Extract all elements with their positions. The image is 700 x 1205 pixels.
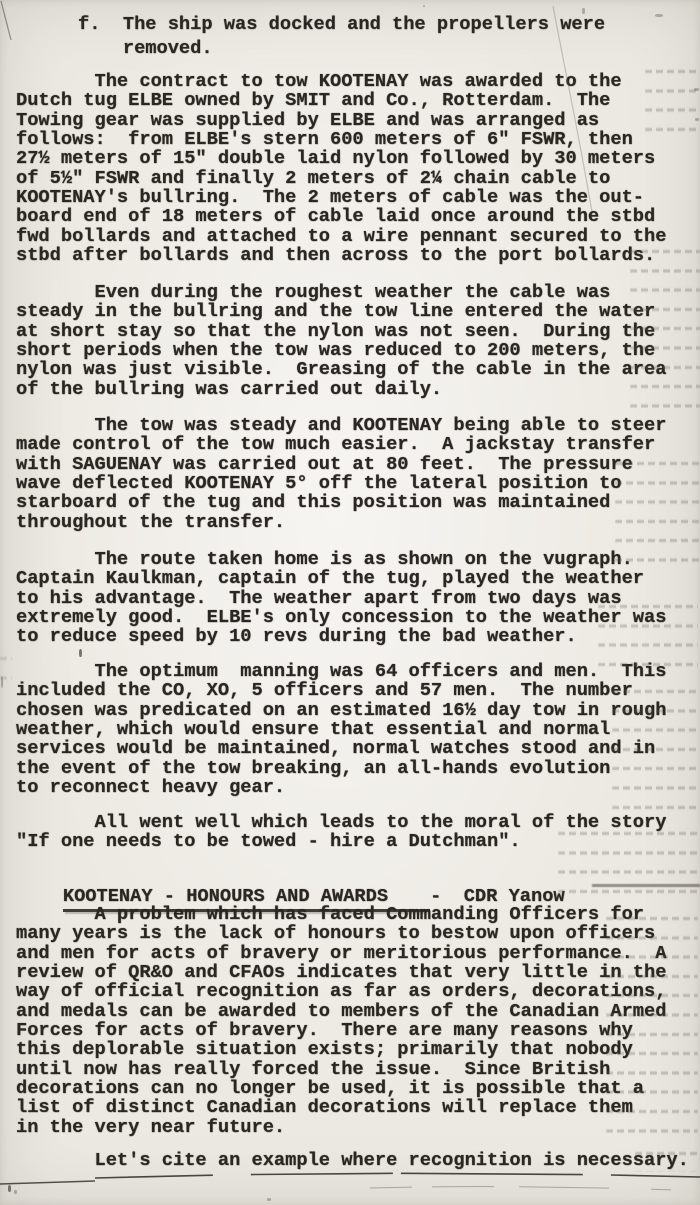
fold-crease-line — [370, 1187, 700, 1191]
bleed-through-artifact — [606, 905, 698, 1140]
scan-speck — [8, 1185, 11, 1192]
paragraph-optimum-manning: The optimum manning was 64 officers and … — [16, 662, 666, 797]
bleed-through-artifact — [558, 820, 698, 903]
bleed-through-artifact — [612, 678, 700, 818]
bleed-through-artifact — [630, 238, 700, 408]
paragraph-rough-weather: Even during the roughest weather the cab… — [16, 283, 666, 399]
bleed-through-artifact — [635, 1140, 698, 1172]
bleed-through-artifact — [645, 58, 700, 138]
bleed-through-artifact — [615, 450, 700, 565]
scan-speck — [267, 1198, 271, 1201]
scan-speck — [655, 14, 663, 17]
scan-speck — [423, 5, 425, 7]
bleed-through-artifact — [598, 593, 698, 668]
scan-speck — [79, 649, 82, 657]
scan-speck — [695, 118, 699, 121]
paragraph-tow-contract: The contract to tow KOOTENAY was awarded… — [16, 72, 666, 265]
paragraph-route-home: The route taken home is as shown on the … — [16, 550, 666, 647]
scan-speck — [694, 88, 699, 91]
scanned-document-page: f. The ship was docked and the propeller… — [0, 0, 700, 1205]
scan-speck — [14, 1190, 17, 1194]
paragraph-honours-problem: A problem which has faced Commanding Off… — [16, 905, 666, 1137]
paragraph-steady-tow: The tow was steady and KOOTENAY being ab… — [16, 416, 666, 532]
bleed-through-underline — [592, 884, 700, 887]
list-item-f: f. The ship was docked and the propeller… — [78, 12, 605, 60]
fold-crease-line — [0, 1181, 95, 1184]
page-corner-crease — [1, 1, 11, 40]
fold-crease-line — [95, 1173, 700, 1178]
scan-speck — [582, 8, 585, 14]
paragraph-closing-line: Let's cite an example where recognition … — [16, 1151, 689, 1170]
scan-speck — [1, 676, 3, 688]
